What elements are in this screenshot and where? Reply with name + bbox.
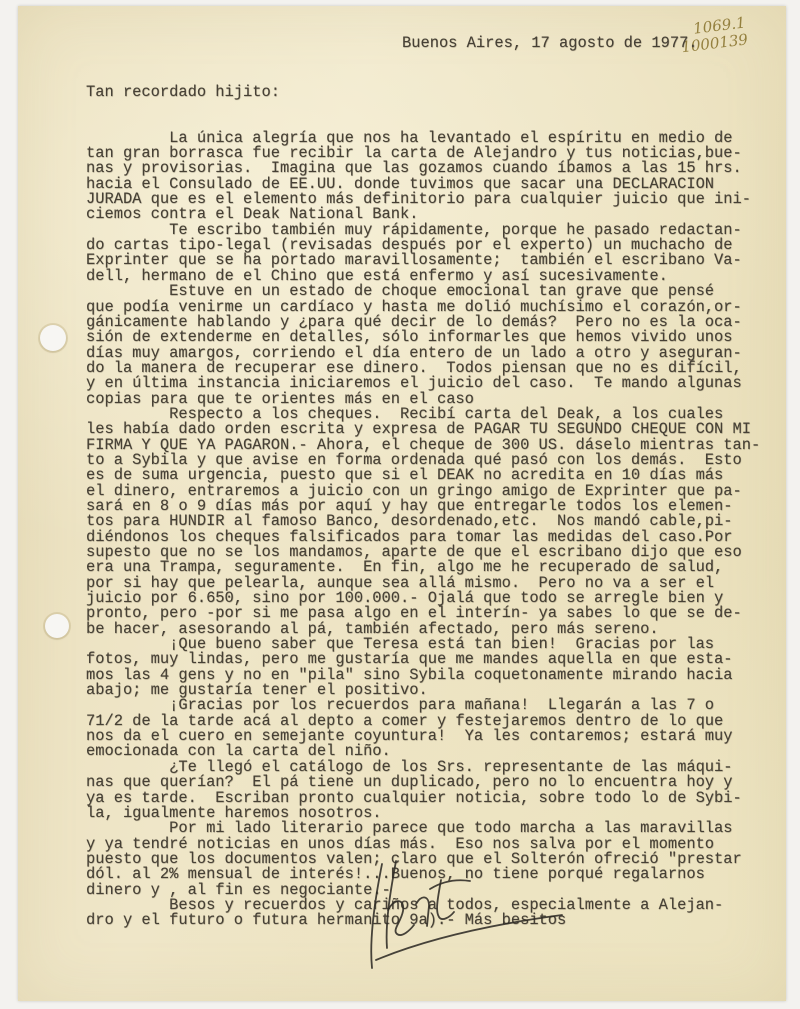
signature-scrawl: [344, 858, 589, 976]
dateline: Buenos Aires, 17 agosto de 1977.: [402, 36, 698, 51]
letter-body: La única alegría que nos ha levantado el…: [86, 131, 760, 929]
scanned-letter-page: 1069.1 1000139 Buenos Aires, 17 agosto d…: [18, 6, 786, 1001]
salutation: Tan recordado hijito:: [86, 85, 760, 100]
letter-body-block: Tan recordado hijito: La única alegría q…: [86, 54, 760, 959]
archival-annotation: 1069.1 1000139: [692, 7, 800, 54]
punch-hole-top: [40, 325, 66, 351]
punch-hole-bottom: [45, 614, 69, 638]
